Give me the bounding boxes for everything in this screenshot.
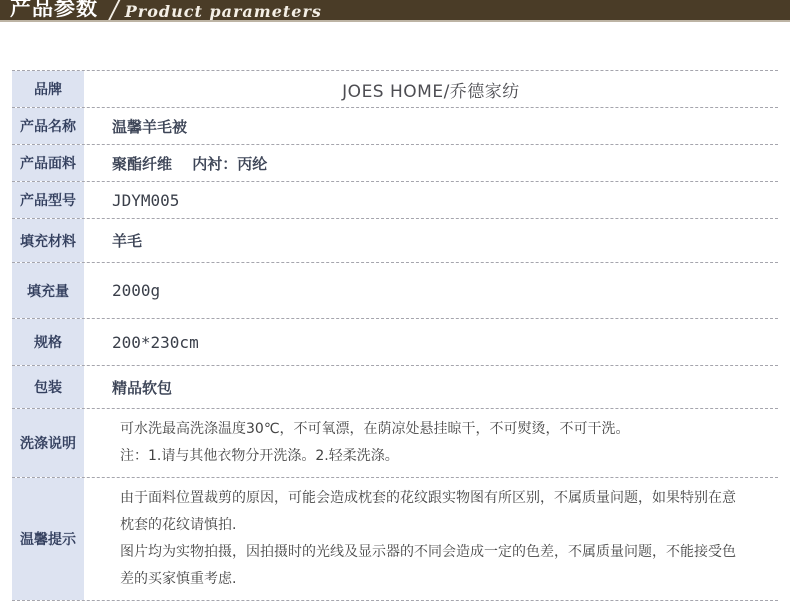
spec-row-warm-tips: 温馨提示 由于面料位置裁剪的原因，可能会造成枕套的花纹跟实物图有所区别，不属质量… — [12, 477, 778, 601]
section-title-cn: 产品参数 — [10, 0, 98, 21]
spec-value-size: 200*230cm — [84, 319, 778, 365]
spec-row-fabric: 产品面料 聚酯纤维 内衬：丙纶 — [12, 144, 778, 181]
spec-value-warm-tips: 由于面料位置裁剪的原因，可能会造成枕套的花纹跟实物图有所区别，不属质量问题，如果… — [84, 478, 778, 600]
spec-value-fabric: 聚酯纤维 内衬：丙纶 — [84, 145, 778, 181]
spec-value-filling-amount: 2000g — [84, 263, 778, 318]
spec-row-product-name: 产品名称 温馨羊毛被 — [12, 107, 778, 144]
spec-label-fabric: 产品面料 — [12, 145, 84, 181]
spec-row-filling-amount: 填充量 2000g — [12, 262, 778, 318]
spec-label-size: 规格 — [12, 319, 84, 365]
spec-row-brand: 品牌 JOES HOME/乔德家纺 — [12, 70, 778, 107]
spec-row-model: 产品型号 JDYM005 — [12, 181, 778, 218]
spec-value-brand: JOES HOME/乔德家纺 — [84, 71, 778, 107]
spec-label-model: 产品型号 — [12, 182, 84, 218]
spec-value-filling-material: 羊毛 — [84, 219, 778, 262]
spec-label-filling-material: 填充材料 — [12, 219, 84, 262]
spec-label-packaging: 包装 — [12, 366, 84, 408]
spec-row-washing-instructions: 洗涤说明 可水洗最高洗涤温度30℃，不可氧漂，在荫凉处悬挂晾干，不可熨烫，不可干… — [12, 408, 778, 477]
spec-label-brand: 品牌 — [12, 71, 84, 107]
spec-label-washing-instructions: 洗涤说明 — [12, 409, 84, 477]
spec-value-packaging: 精品软包 — [84, 366, 778, 408]
spec-value-model: JDYM005 — [84, 182, 778, 218]
spec-row-packaging: 包装 精品软包 — [12, 365, 778, 408]
spec-row-size: 规格 200*230cm — [12, 318, 778, 365]
spec-table: 品牌 JOES HOME/乔德家纺 产品名称 温馨羊毛被 产品面料 聚酯纤维 内… — [12, 70, 778, 601]
spec-value-washing-instructions: 可水洗最高洗涤温度30℃，不可氧漂，在荫凉处悬挂晾干，不可熨烫，不可干洗。 注：… — [84, 409, 778, 477]
title-separator-slash: / — [110, 0, 119, 22]
spec-label-filling-amount: 填充量 — [12, 263, 84, 318]
spec-label-warm-tips: 温馨提示 — [12, 478, 84, 600]
section-title-en: Product parameters — [125, 0, 322, 22]
spec-value-product-name: 温馨羊毛被 — [84, 108, 778, 144]
spec-row-filling-material: 填充材料 羊毛 — [12, 218, 778, 262]
spec-label-product-name: 产品名称 — [12, 108, 84, 144]
section-header: 产品参数 / Product parameters — [0, 0, 790, 22]
